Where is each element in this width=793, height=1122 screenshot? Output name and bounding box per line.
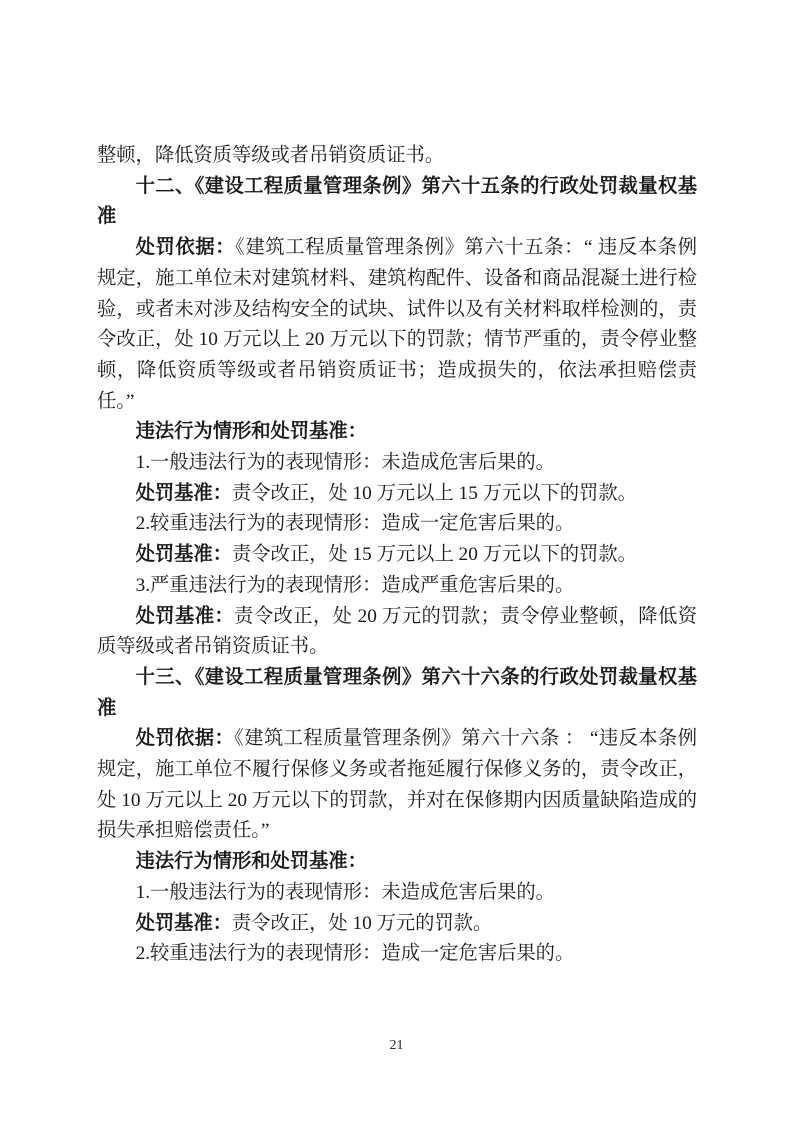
para-violations-header-65: 违法行为情形和处罚基准：: [97, 417, 697, 448]
heading-section-13: 十三、《建设工程质量管理条例》第六十六条的行政处罚裁量权基准: [97, 663, 697, 724]
paragraph-lead: 处罚基准：: [136, 483, 232, 504]
paragraph-text: 1.一般违法行为的表现情形：未造成危害后果的。: [136, 882, 555, 903]
paragraph-text: 责令改正，处 15 万元以上 20 万元以下的罚款。: [232, 544, 637, 565]
para-penalty-severe-65: 处罚基准：责令改正，处 20 万元的罚款；责令停业整顿，降低资质等级或者吊销资质…: [97, 602, 697, 663]
para-continuation: 整顿，降低资质等级或者吊销资质证书。: [97, 141, 697, 172]
paragraph-lead: 处罚依据：: [136, 728, 235, 749]
para-violation-moderate-66: 2.较重违法行为的表现情形：造成一定危害后果的。: [97, 939, 697, 970]
para-violations-header-66: 违法行为情形和处罚基准：: [97, 847, 697, 878]
heading-text: 十三、《建设工程质量管理条例》第六十六条的行政处罚裁量权基准: [97, 667, 697, 719]
paragraph-text: 责令改正，处 10 万元以上 15 万元以下的罚款。: [232, 483, 637, 504]
paragraph-lead: 处罚依据：: [136, 237, 236, 258]
para-penalty-basis-article-66: 处罚依据：《建筑工程质量管理条例》第六十六条 ： “违反本条例规定，施工单位不履…: [97, 724, 697, 847]
paragraph-text: 整顿，降低资质等级或者吊销资质证书。: [97, 145, 444, 166]
para-penalty-basis-article-65: 处罚依据：《建筑工程质量管理条例》第六十五条：“ 违反本条例规定，施工单位未对建…: [97, 233, 697, 417]
paragraph-text: 责令改正，处 10 万元的罚款。: [232, 913, 492, 934]
paragraph-text: 《建筑工程质量管理条例》第六十五条：“ 违反本条例规定，施工单位未对建筑材料、建…: [97, 237, 697, 412]
heading-text: 十二、《建设工程质量管理条例》第六十五条的行政处罚裁量权基准: [97, 176, 697, 228]
heading-section-12: 十二、《建设工程质量管理条例》第六十五条的行政处罚裁量权基准: [97, 172, 697, 233]
paragraph-lead: 处罚基准：: [136, 606, 235, 627]
paragraph-lead: 处罚基准：: [136, 913, 232, 934]
paragraph-text: 3.严重违法行为的表现情形：造成严重危害后果的。: [136, 575, 575, 596]
paragraph-lead: 处罚基准：: [136, 544, 232, 565]
page-number: 21: [0, 1038, 793, 1054]
paragraph-lead: 违法行为情形和处罚基准：: [136, 851, 367, 872]
para-penalty-general-66: 处罚基准：责令改正，处 10 万元的罚款。: [97, 909, 697, 940]
document-page: 整顿，降低资质等级或者吊销资质证书。 十二、《建设工程质量管理条例》第六十五条的…: [0, 0, 793, 1122]
paragraph-lead: 违法行为情形和处罚基准：: [136, 421, 367, 442]
para-violation-general-66: 1.一般违法行为的表现情形：未造成危害后果的。: [97, 878, 697, 909]
document-body: 整顿，降低资质等级或者吊销资质证书。 十二、《建设工程质量管理条例》第六十五条的…: [97, 141, 697, 970]
paragraph-text: 2.较重违法行为的表现情形：造成一定危害后果的。: [136, 513, 575, 534]
para-violation-general-65: 1.一般违法行为的表现情形：未造成危害后果的。: [97, 448, 697, 479]
paragraph-text: 1.一般违法行为的表现情形：未造成危害后果的。: [136, 452, 555, 473]
para-violation-severe-65: 3.严重违法行为的表现情形：造成严重危害后果的。: [97, 571, 697, 602]
para-penalty-moderate-65: 处罚基准：责令改正，处 15 万元以上 20 万元以下的罚款。: [97, 540, 697, 571]
para-violation-moderate-65: 2.较重违法行为的表现情形：造成一定危害后果的。: [97, 509, 697, 540]
paragraph-text: 2.较重违法行为的表现情形：造成一定危害后果的。: [136, 943, 575, 964]
para-penalty-general-65: 处罚基准：责令改正，处 10 万元以上 15 万元以下的罚款。: [97, 479, 697, 510]
